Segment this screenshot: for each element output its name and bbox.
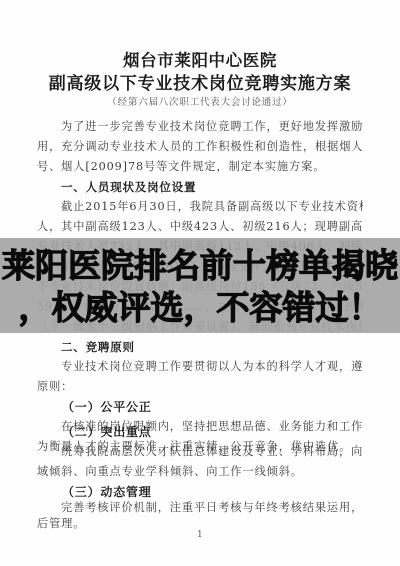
overlay-headline-line2: ，权威评选，不容错过！ (0, 288, 400, 328)
section1-heading: 一、人员现状及岗位设置 (61, 179, 196, 195)
intro-line-1: 为了进一步完善专业技术岗位竞聘工作，更好地发挥激励导向作 (61, 119, 363, 135)
intro-line-3: 号、烟人[2009]78号等文件规定，制定本实施方案。 (37, 159, 363, 175)
section2-heading: 二、竞聘原则 (61, 339, 135, 355)
document-title-line1: 烟台市莱阳中心医院 (0, 51, 400, 71)
section1-line-2: 人，其中副高级123人、中级423人、初级216人；现聘副高级以下 (37, 219, 363, 235)
document-subtitle: （经第六届八次职工代表大会讨论通过） (0, 96, 400, 110)
principle-2-heading: （二）突出重点 (62, 424, 152, 440)
page-number: 1 (197, 530, 203, 540)
section1-line-1: 截止2015年6月30日，我院具备副高级以下专业技术资格共762 (61, 199, 363, 215)
section2-intro-line-2: 原则： (37, 379, 363, 395)
section2-intro-line-1: 专业技术岗位竞聘工作要贯彻以人为本的科学人才观，遵循以下 (61, 359, 363, 375)
intro-line-2: 用，充分调动专业技术人员的工作积极性和创造性，根据烟人[2009]34 (37, 139, 363, 155)
principle-3-line-1: 完善考核评价机制，注重平日考核与年终考核结果运用，加强聘 (61, 500, 363, 516)
principle-2-line-2: 域倾斜、向重点专业学科倾斜、向工作一线倾斜。 (37, 464, 363, 480)
principle-3-heading: （三）动态管理 (62, 484, 152, 500)
principle-1-heading: （一）公平公正 (62, 399, 152, 415)
overlay-headline-line1: 莱阳医院排名前十榜单揭晓 (0, 246, 400, 286)
document-title-line2: 副高级以下专业技术岗位竞聘实施方案 (0, 74, 400, 94)
principle-2-line-1: 统筹我院高层次人才队伍总体建设及专业、学科布局，向重点领 (61, 444, 363, 460)
